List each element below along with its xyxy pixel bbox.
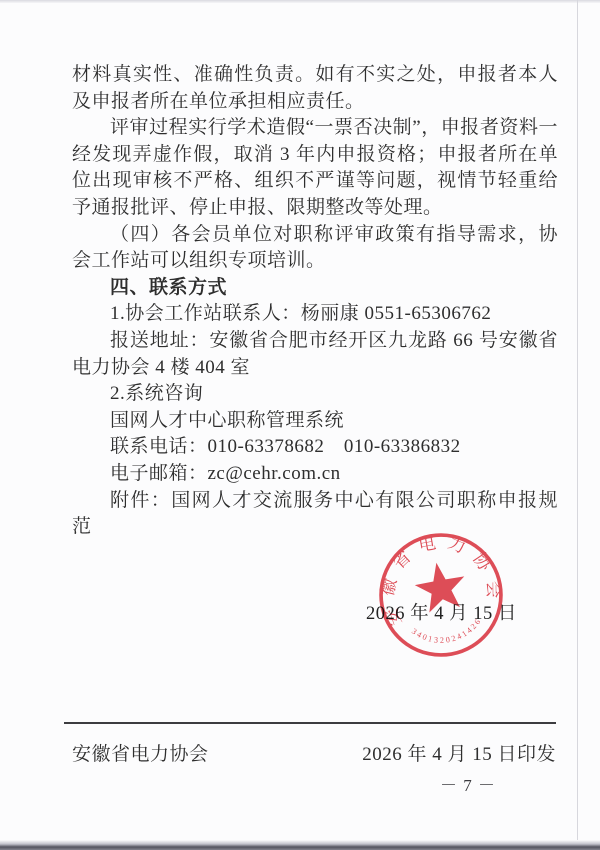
contact-system-title-line: 2.系统咨询 [72,381,558,408]
contact-system-name-line: 国网人才中心职称管理系统 [72,408,558,435]
official-stamp: 安徽省电力协会 3401320241426 [367,521,515,669]
document-page: 材料真实性、准确性负责。如有不实之处，申报者本人及申报者所在单位承担相应责任。 … [0,0,600,850]
stamp-star-icon [412,558,470,614]
contact-phone-line: 联系电话：010-63378682 010-63386832 [72,434,558,461]
footer-divider [64,722,556,724]
scan-edge-top [0,0,600,3]
section-heading-contact: 四、联系方式 [72,275,558,302]
document-body: 材料真实性、准确性负责。如有不实之处，申报者本人及申报者所在单位承担相应责任。 … [72,62,558,541]
contact-person-line: 1.协会工作站联系人：杨丽康 0551-65306762 [72,301,558,328]
footer-printed-date: 2026 年 4 月 15 日印发 [362,739,556,766]
page-number: － 7 － [440,771,570,796]
contact-email-line: 电子邮箱：zc@cehr.com.cn [72,461,558,488]
footer: 安徽省电力协会 2026 年 4 月 15 日印发 [72,739,556,766]
scan-edge-right [577,0,578,850]
paragraph-veto-policy: 评审过程实行学术造假“一票否决制”，申报者资料一经发现弄虚作假，取消 3 年内申… [72,115,558,221]
contact-address-line: 报送地址：安徽省合肥市经开区九龙路 66 号安徽省电力协会 4 楼 404 室 [72,328,558,381]
paragraph-responsibility: 材料真实性、准确性负责。如有不实之处，申报者本人及申报者所在单位承担相应责任。 [72,62,558,115]
scan-edge-bottom [0,840,600,850]
paragraph-item-four: （四）各会员单位对职称评审政策有指导需求，协会工作站可以组织专项培训。 [72,222,558,275]
footer-org-name: 安徽省电力协会 [72,739,209,766]
